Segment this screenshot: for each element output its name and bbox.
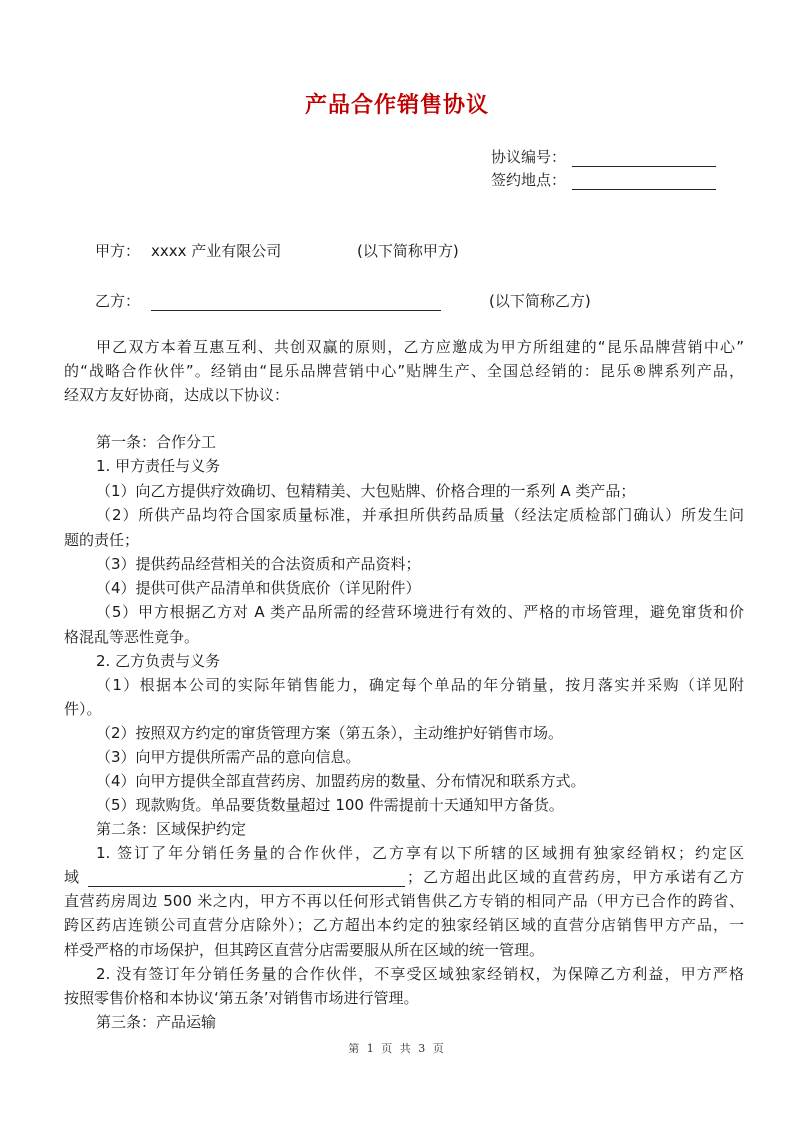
article-1-s2-item-2: （2）按照双方约定的窜货管理方案（第五条），主动维护好销售市场。 xyxy=(96,722,776,744)
party-a-label: 甲方： xyxy=(95,240,140,262)
article-1-s2-item-3: （3）向甲方提供所需产品的意向信息。 xyxy=(96,746,776,768)
agreement-number-field[interactable] xyxy=(572,165,716,167)
signing-place-field[interactable] xyxy=(572,188,716,190)
article-2-item-1-region-label: 域 xyxy=(64,866,79,888)
article-1-item-1: （1）向乙方提供疗效确切、包精精美、大包贴牌、价格合理的一系列 A 类产品； xyxy=(96,480,776,502)
article-2-item-1-cont-3: 跨区药店连锁公司直营分店除外）；乙方超出本约定的独家经销区域的直营分店销售甲方产… xyxy=(64,914,744,936)
article-1-section-1: 1. 甲方责任与义务 xyxy=(96,455,776,477)
article-1-s2-item-1-cont: 件）。 xyxy=(64,698,744,720)
article-2-item-2-cont: 按照零售价格和本协议‘第五条’对销售市场进行管理。 xyxy=(64,987,744,1009)
intro-line-1: 甲乙双方本着互惠互利、共创双赢的原则，乙方应邀成为甲方所组建的“昆乐品牌营销中心… xyxy=(96,336,744,358)
article-1-item-3: （3）提供药品经营相关的合法资质和产品资料； xyxy=(96,553,776,575)
article-2-item-2: 2. 没有签订年分销任务量的合作伙伴，不享受区域独家经销权，为保障乙方利益，甲方… xyxy=(96,963,744,985)
party-b-name-field[interactable] xyxy=(151,309,441,311)
article-1-item-5-cont: 格混乱等恶性竟争。 xyxy=(64,626,744,648)
party-a-alias: (以下简称甲方) xyxy=(357,240,459,262)
article-2-heading: 第二条：区域保护约定 xyxy=(96,818,776,840)
article-1-item-4: （4）提供可供产品清单和供货底价（详见附件） xyxy=(96,577,776,599)
article-1-item-2: （2）所供产品均符合国家质量标准，并承担所供药品质量（经法定质检部门确认）所发生… xyxy=(96,504,744,526)
article-3-heading: 第三条：产品运输 xyxy=(96,1011,776,1033)
signing-place-label: 签约地点： xyxy=(491,169,566,191)
region-field[interactable] xyxy=(88,885,405,887)
article-1-item-5: （5）甲方根据乙方对 A 类产品所需的经营环境进行有效的、严格的市场管理，避免窜… xyxy=(96,601,744,623)
document-title: 产品合作销售协议 xyxy=(0,88,794,119)
article-1-s2-item-4: （4）向甲方提供全部直营药房、加盟药房的数量、分布情况和联系方式。 xyxy=(96,770,776,792)
article-2-item-1-cont: ；乙方超出此区域的直营药房，甲方承诺有乙方 xyxy=(407,866,744,888)
agreement-number-label: 协议编号： xyxy=(491,146,566,168)
intro-line-2: 的“战略合作伙伴”。经销由“昆乐品牌营销中心”贴牌生产、全国总经销的：昆乐®牌系… xyxy=(64,360,744,382)
party-b-alias: (以下简称乙方) xyxy=(489,290,591,312)
article-1-heading: 第一条：合作分工 xyxy=(96,431,776,453)
article-1-s2-item-5: （5）现款购货。单品要货数量超过 100 件需提前十天通知甲方备货。 xyxy=(96,794,776,816)
article-2-item-1-cont-4: 样受严格的市场保护，但其跨区直营分店需要服从所在区域的统一管理。 xyxy=(64,939,744,961)
article-2-item-1-cont-2: 直营药房周边 500 米之内，甲方不再以任何形式销售供乙方专销的相同产品（甲方已… xyxy=(64,890,744,912)
article-2-item-1: 1. 签订了年分销任务量的合作伙伴，乙方享有以下所辖的区域拥有独家经销权；约定区 xyxy=(96,842,744,864)
party-a-name: xxxx 产业有限公司 xyxy=(151,240,281,262)
intro-line-3: 经双方友好协商，达成以下协议： xyxy=(64,384,744,406)
party-b-label: 乙方： xyxy=(95,290,140,312)
article-1-s2-item-1: （1）根据本公司的实际年销售能力，确定每个单品的年分销量，按月落实并采购（详见附 xyxy=(96,674,744,696)
article-1-section-2: 2. 乙方负责与义务 xyxy=(96,650,776,672)
article-1-item-2-cont: 题的责任； xyxy=(64,529,744,551)
page-number-footer: 第 1 页 共 3 页 xyxy=(0,1040,794,1056)
